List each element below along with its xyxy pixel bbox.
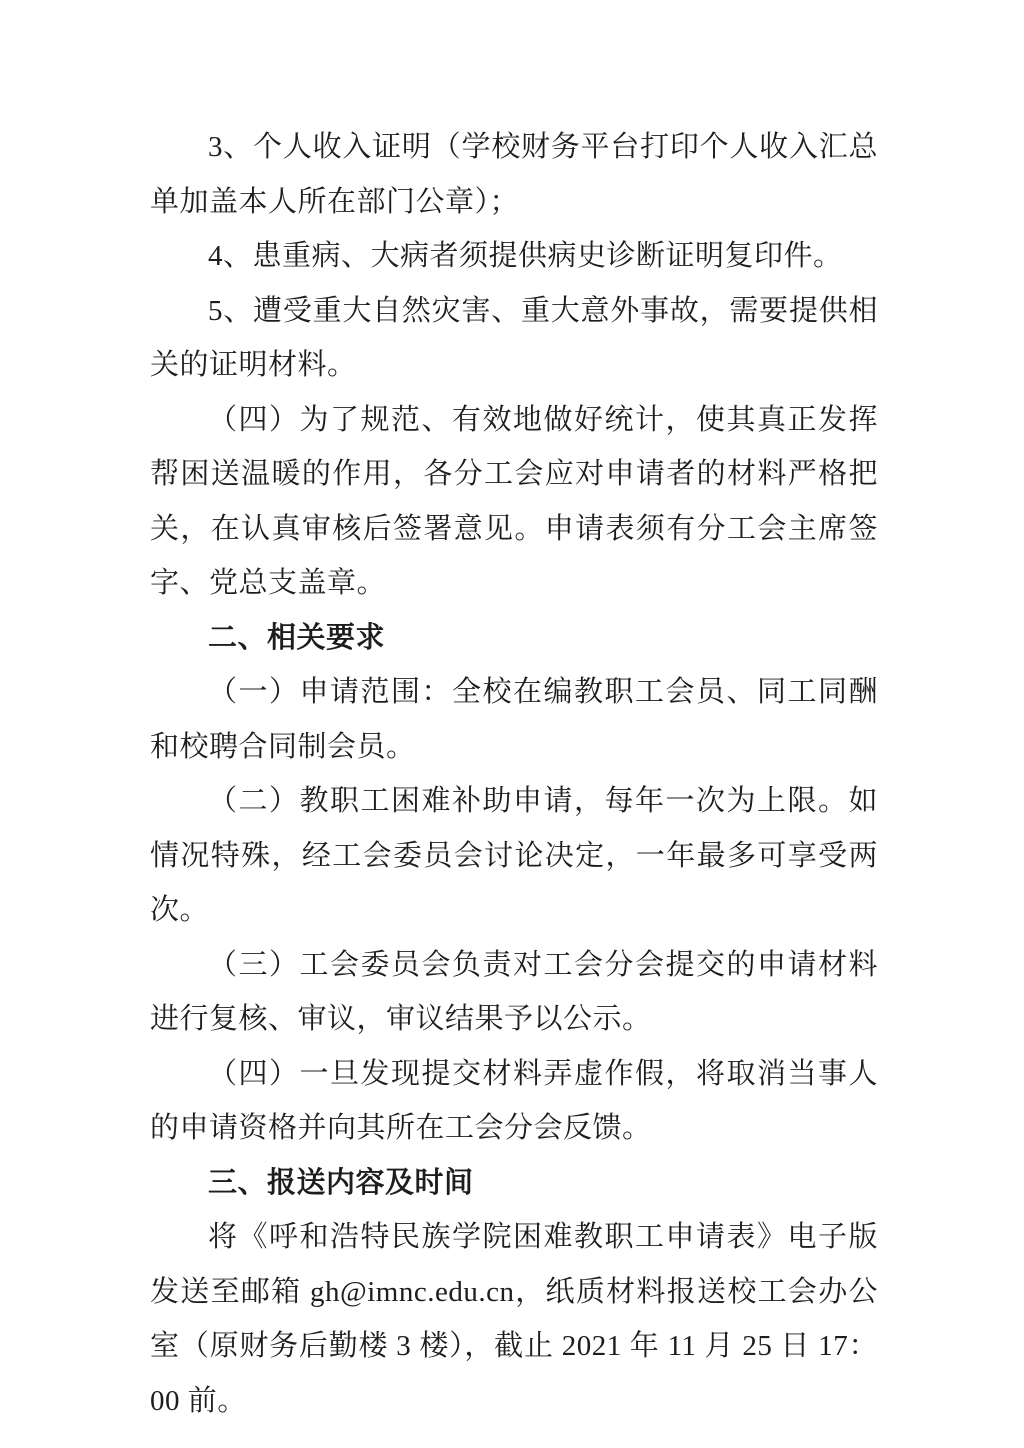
document-page: 3、个人收入证明（学校财务平台打印个人收入汇总单加盖本人所在部门公章）；4、患重…	[0, 0, 1024, 1448]
section-heading: 二、相关要求	[150, 611, 878, 666]
document-body: 3、个人收入证明（学校财务平台打印个人收入汇总单加盖本人所在部门公章）；4、患重…	[150, 120, 878, 1428]
paragraph: 将《呼和浩特民族学院困难教职工申请表》电子版发送至邮箱 gh@imnc.edu.…	[150, 1210, 878, 1428]
paragraph: （三）工会委员会负责对工会分会提交的申请材料进行复核、审议，审议结果予以公示。	[150, 938, 878, 1047]
section-heading: 三、报送内容及时间	[150, 1156, 878, 1211]
paragraph: （二）教职工困难补助申请，每年一次为上限。如情况特殊，经工会委员会讨论决定，一年…	[150, 774, 878, 938]
paragraph: （一）申请范围：全校在编教职工会员、同工同酬和校聘合同制会员。	[150, 665, 878, 774]
paragraph: 3、个人收入证明（学校财务平台打印个人收入汇总单加盖本人所在部门公章）；	[150, 120, 878, 229]
paragraph: 5、遭受重大自然灾害、重大意外事故，需要提供相关的证明材料。	[150, 284, 878, 393]
paragraph: （四）为了规范、有效地做好统计，使其真正发挥帮困送温暖的作用，各分工会应对申请者…	[150, 393, 878, 611]
paragraph: （四）一旦发现提交材料弄虚作假，将取消当事人的申请资格并向其所在工会分会反馈。	[150, 1047, 878, 1156]
paragraph: 4、患重病、大病者须提供病史诊断证明复印件。	[150, 229, 878, 284]
